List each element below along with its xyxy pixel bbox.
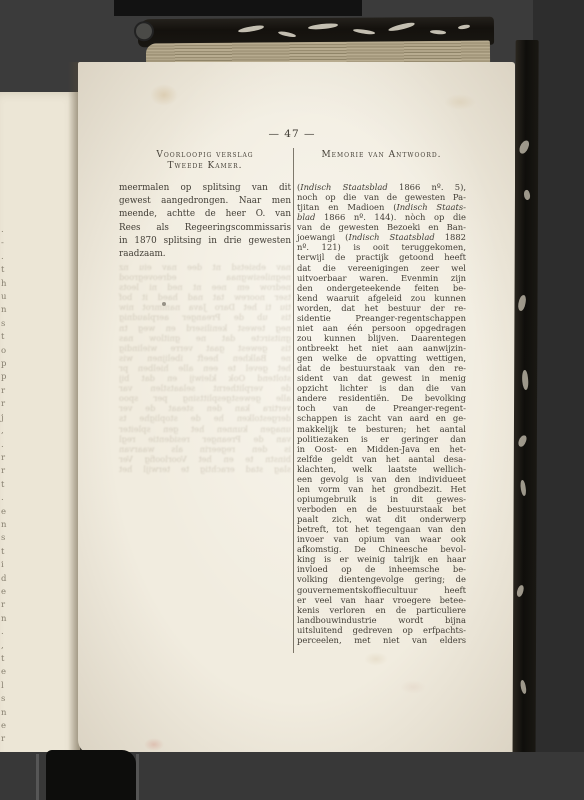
edge-fragment: e	[1, 586, 13, 599]
ghost-line: alle gewestgesplittsing per spoo	[119, 393, 291, 403]
text-line: gewest aangedrongen. Naar men	[119, 195, 291, 208]
marbling-fleck	[388, 22, 415, 33]
text-line: invoer van opium van waar ook	[297, 534, 466, 544]
bottom-gutter-shadow	[46, 750, 136, 800]
text-line: andere residentiën. De bevolking	[297, 393, 466, 403]
edge-fragment: t	[1, 653, 13, 666]
left-column-text: meermalen op splitsing van ditgewest aan…	[119, 182, 291, 261]
marbling-fleck	[238, 25, 264, 34]
ghost-line: neg tewest keniliserd en weg tn	[119, 323, 291, 333]
text-line: zelfde geldt van het aantal desa-	[297, 454, 466, 464]
edge-fragment: .	[1, 251, 13, 264]
text-line: blad 1866 nº. 144). nòch op die	[297, 212, 466, 222]
edge-fragment: n	[1, 519, 13, 532]
edge-fragment: t	[1, 264, 13, 277]
scan-background-right	[533, 0, 584, 800]
ghost-line: negnilesiwgnaa edreovegrood	[119, 272, 291, 282]
text-line: joewangi (Indisch Staatsblad 1882	[297, 232, 466, 242]
text-line: opzicht lichter is dan die van	[297, 383, 466, 393]
text-line: verboden en de bestuurstaak bet	[297, 504, 466, 514]
left-column-header-line2: Tweede Kamer.	[119, 161, 291, 172]
marbling-fleck	[308, 23, 338, 30]
text-line: afkomstig. De Chineesche bevol-	[297, 544, 466, 554]
marbling-fleck	[458, 24, 470, 29]
text-line: len vorm van het grondbezit. Het	[297, 484, 466, 494]
edge-fragment: ,	[1, 640, 13, 653]
ghost-line: slag stad erachtig te terwijl het	[119, 464, 291, 474]
marbling-fleck	[521, 370, 529, 391]
marbling-fleck	[517, 295, 526, 312]
text-line: gen welke de opvatting wettigen,	[297, 353, 466, 363]
text-line: perceelen, met niet van elders	[297, 635, 466, 645]
left-column-header-line1: Voorloopig verslag	[119, 150, 291, 161]
text-line: gouvernementskoffiecultuur heeft	[297, 585, 466, 595]
text-line: volking dientengevolge gering; de	[297, 574, 466, 584]
ghost-line: nedrow em nee nt ned ni leots	[119, 282, 291, 292]
text-line: tjitan en Madioen (Indisch Staats-	[297, 202, 466, 212]
edge-fragment: .	[1, 224, 13, 237]
text-line: niet aan één persoon opgedragen	[297, 323, 466, 333]
ghost-line: de verplithernt selaatstlen var	[119, 383, 291, 393]
text-line: sident van dat gewest in menig	[297, 373, 466, 383]
edge-fragment: n	[1, 304, 13, 317]
text-line: sidentie Preanger-regentschappen	[297, 313, 466, 323]
spine-head-cap	[134, 21, 154, 41]
edge-fragment: n	[1, 613, 13, 626]
edge-fragment: r	[1, 452, 13, 465]
column-divider-rule	[293, 148, 294, 653]
text-line: toch van de Preanger-regent-	[297, 403, 466, 413]
scanner-seam	[36, 754, 39, 800]
text-line: er veel van haar vroegere betee-	[297, 595, 466, 605]
marbling-fleck	[278, 30, 296, 38]
ghost-line: tis ub de Preanger aerplaudnig	[119, 312, 291, 322]
ghost-line: vertira kan den steaat de ver	[119, 403, 291, 413]
text-line: een gevolg is van den individueet	[297, 474, 466, 484]
text-line: king is er weinig talrijk en haar	[297, 554, 466, 564]
ghost-line: binstn te en het Voorloofig Ver	[119, 454, 291, 464]
edge-fragment: t	[1, 479, 13, 492]
edge-fragment: d	[1, 573, 13, 586]
text-line: van de gewesten Bezoeki en Ban-	[297, 222, 466, 232]
edge-fragment: .	[1, 439, 13, 452]
text-line: terwijl de practijk getoond heeft	[297, 252, 466, 262]
page-stain	[400, 680, 426, 694]
edge-fragment: p	[1, 358, 13, 371]
text-line: meende, achtte de heer O. van	[119, 208, 291, 221]
edge-fragment: e	[1, 720, 13, 733]
ghost-line: van de Preanger residentie regl	[119, 434, 291, 444]
text-line: worden, dat het bestuur der re-	[297, 303, 466, 313]
marbling-fleck	[430, 29, 446, 35]
ghost-line: tser noorew tat nad haed it bof	[119, 292, 291, 302]
edge-fragment: -	[1, 237, 13, 250]
text-line: Rees als Regeeringscommissaris	[119, 222, 291, 235]
text-line: meermalen op splitsing van dit	[119, 182, 291, 195]
text-line: kend waaruit afgeleid zou kunnen	[297, 293, 466, 303]
ghost-line: unagen kunnen het gen spleiter	[119, 424, 291, 434]
ghost-line: dergestolken he de stoplighe ts	[119, 413, 291, 423]
text-line: landbouwindustrie wordt bijna	[297, 615, 466, 625]
text-line: dat die vereenigingen zeer wel	[297, 263, 466, 273]
text-line: in 1870 splitsing in drie gewesten	[119, 235, 291, 248]
marbling-fleck	[516, 584, 524, 597]
text-line: ontbreekt het niet aan aanwijzin-	[297, 343, 466, 353]
edge-fragment: s	[1, 532, 13, 545]
text-line: politiezaken is er geringer dan	[297, 434, 466, 444]
edge-fragment: i	[1, 559, 13, 572]
edge-fragment: u	[1, 291, 13, 304]
text-line: noch op die van de gewesten Pa-	[297, 192, 466, 202]
text-line: paalt zich, wat dit onderwerp	[297, 514, 466, 524]
text-line: (Indisch Staatsblad 1866 nº. 5),	[297, 182, 466, 192]
edge-fragment: r	[1, 599, 13, 612]
scanner-seam	[136, 754, 139, 800]
page-stain	[364, 652, 388, 666]
text-line: makkelijk te besturen; het aantal	[297, 424, 466, 434]
edge-fragment: t	[1, 331, 13, 344]
edge-fragment: r	[1, 733, 13, 746]
edge-fragment: h	[1, 278, 13, 291]
marbling-fleck	[518, 139, 530, 155]
scan-background-top-slot	[114, 0, 362, 16]
edge-fragment: e	[1, 666, 13, 679]
right-column: Memorie van Antwoord. (Indisch Staatsbla…	[297, 150, 466, 645]
facing-page-text-fragments: .-.thunstopprrj,.rrt.enstidern.,telsner.	[1, 224, 13, 760]
text-line: uitvoerbaar waren. Evenmin zijn	[297, 273, 466, 283]
edge-fragment: r	[1, 465, 13, 478]
ghost-line: ne Balkhen heeft ibelijnen wis	[119, 353, 291, 363]
edge-fragment: .	[1, 626, 13, 639]
ghost-line: nav ebsietsd nt dee nav eiu nz	[119, 262, 291, 272]
text-line: kenis verloren en de particuliere	[297, 605, 466, 615]
edge-fragment: p	[1, 371, 13, 384]
edge-fragment: j	[1, 412, 13, 425]
ghost-line: het gevel te een alle hielben pr	[119, 363, 291, 373]
edge-fragment: o	[1, 345, 13, 358]
text-line: raadzaam.	[119, 248, 291, 261]
edge-fragment: e	[1, 506, 13, 519]
text-line: dat de bestuurstaak van den re-	[297, 363, 466, 373]
edge-fragment: .	[1, 492, 13, 505]
edge-fragment: l	[1, 680, 13, 693]
edge-fragment: t	[1, 546, 13, 559]
page-stain	[150, 84, 178, 106]
page-stain	[444, 94, 476, 110]
text-line: den ondergeteekende feiten be-	[297, 283, 466, 293]
text-line: opiumgebruik is in dit gewes-	[297, 494, 466, 504]
marbling-fleck	[517, 434, 527, 448]
edge-fragment: ,	[1, 425, 13, 438]
right-column-header: Memorie van Antwoord.	[297, 150, 466, 161]
text-line: in Oost- en Midden-Java en het-	[297, 444, 466, 454]
edge-fragment: r	[1, 398, 13, 411]
text-line: betreft, tot het tegengaan van den	[297, 524, 466, 534]
text-line: schappen is zacht van aard en ge-	[297, 413, 466, 423]
marbling-fleck	[519, 680, 527, 695]
right-column-text: (Indisch Staatsblad 1866 nº. 5),noch op …	[297, 182, 466, 645]
text-line: klachten, welk laatste wellich-	[297, 464, 466, 474]
edge-fragment: n	[1, 707, 13, 720]
scanned-book-page: .-.thunstopprrj,.rrt.enstidern.,telsner.…	[0, 0, 584, 800]
ghost-line: gnitsircte dat ne gnitlow nas	[119, 333, 291, 343]
page-stain	[144, 738, 164, 751]
left-column: Voorloopig verslag Tweede Kamer. meermal…	[119, 150, 291, 261]
marbling-fleck	[519, 480, 527, 497]
edge-fragment: s	[1, 318, 13, 331]
text-line: uitsluitend gedreven op erfpachts-	[297, 625, 466, 635]
book-cover-fore-edge	[512, 40, 538, 794]
edge-fragment: s	[1, 693, 13, 706]
page-number: — 47 —	[118, 128, 466, 140]
text-line: zou kunnen blijven. Daarentegen	[297, 333, 466, 343]
bleed-through-text: nav ebsietsd nt dee nav eiu nznegnilesiw…	[119, 262, 291, 474]
ghost-line: stoltend Ook kleiwij en dat bij	[119, 373, 291, 383]
marbling-fleck	[353, 28, 375, 36]
ghost-line: tis gewest gaat verre wielindig	[119, 343, 291, 353]
edge-fragment: r	[1, 385, 13, 398]
text-line: invloed op de inheemsche be-	[297, 564, 466, 574]
marbling-fleck	[523, 189, 531, 200]
ghost-line: tiu ti het Daro Java nammrot niw	[119, 302, 291, 312]
text-line: nº. 121) is ooit teruggekomen,	[297, 242, 466, 252]
ghost-line: is den regeerin als waarvan	[119, 444, 291, 454]
